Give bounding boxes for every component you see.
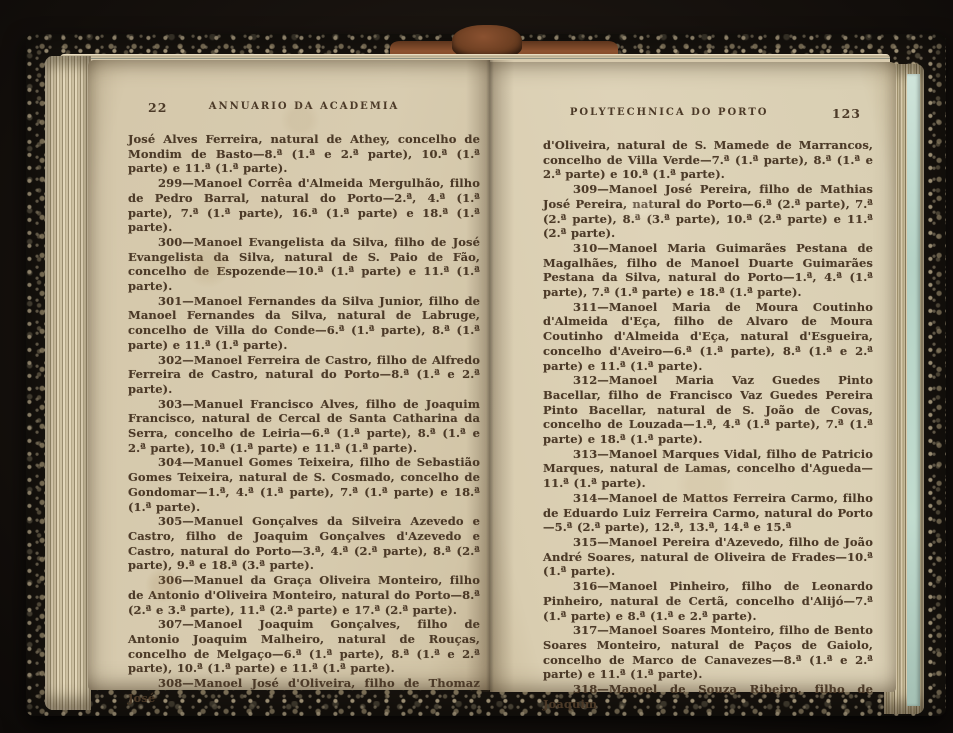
entry-continuation-jose-alves: José Alves Ferreira, natural de Athey, c… [128, 132, 480, 176]
right-page: POLYTECHNICA DO PORTO 123 d'Oliveira, na… [490, 62, 896, 692]
entry-continuation-308: d'Oliveira, natural de S. Mamede de Marr… [543, 138, 873, 182]
entry-314: 314—Manoel de Mattos Ferreira Carmo, fil… [543, 491, 873, 535]
left-text-column: José Alves Ferreira, natural de Athey, c… [128, 132, 480, 705]
left-page: 22 ANNUARIO DA ACADEMIA José Alves Ferre… [88, 60, 490, 690]
entry-313: 313—Manoel Marques Vidal, filho de Patri… [543, 447, 873, 491]
entry-299: 299—Manoel Corrêa d'Almeida Mergulhão, f… [128, 176, 480, 235]
entry-308: 308—Manoel José d'Oliveira, filho de Tho… [128, 676, 480, 705]
entry-307: 307—Manoel Joaquim Gonçalves, filho de A… [128, 617, 480, 676]
entry-312: 312—Manoel Maria Vaz Guedes Pinto Bacell… [543, 373, 873, 447]
page-edges-left [45, 56, 91, 710]
entry-303: 303—Manuel Francisco Alves, filho de Joa… [128, 397, 480, 456]
entry-304: 304—Manuel Gomes Teixeira, filho de Seba… [128, 455, 480, 514]
right-text-column: d'Oliveira, natural de S. Mamede de Marr… [543, 138, 873, 711]
book-photo: 22 ANNUARIO DA ACADEMIA José Alves Ferre… [0, 0, 953, 733]
entry-318: 318—Manoel de Souza Ribeiro, filho de Jo… [543, 682, 873, 711]
entry-317: 317—Manoel Soares Monteiro, filho de Ben… [543, 623, 873, 682]
left-page-header: 22 ANNUARIO DA ACADEMIA [128, 100, 480, 116]
entry-311: 311—Manoel Maria de Moura Coutinho d'Alm… [543, 300, 873, 374]
entry-305: 305—Manuel Gonçalves da Silveira Azevedo… [128, 514, 480, 573]
left-page-number: 22 [148, 100, 167, 115]
entry-302: 302—Manoel Ferreira de Castro, filho de … [128, 353, 480, 397]
right-page-number: 123 [832, 106, 861, 121]
left-running-title: ANNUARIO DA ACADEMIA [209, 101, 400, 112]
entry-315: 315—Manoel Pereira d'Azevedo, filho de J… [543, 535, 873, 579]
right-page-header: POLYTECHNICA DO PORTO 123 [543, 106, 875, 122]
entry-301: 301—Manoel Fernandes da Silva Junior, fi… [128, 294, 480, 353]
entry-309: 309—Manoel José Pereira, filho de Mathia… [543, 182, 873, 241]
entry-310: 310—Manoel Maria Guimarães Pestana de Ma… [543, 241, 873, 300]
entry-300: 300—Manoel Evangelista da Silva, filho d… [128, 235, 480, 294]
entry-306: 306—Manuel da Graça Oliveira Monteiro, f… [128, 573, 480, 617]
page-edge-teal-strip [907, 74, 920, 706]
entry-316: 316—Manoel Pinheiro, filho de Leonardo P… [543, 579, 873, 623]
right-running-title: POLYTECHNICA DO PORTO [570, 107, 769, 118]
